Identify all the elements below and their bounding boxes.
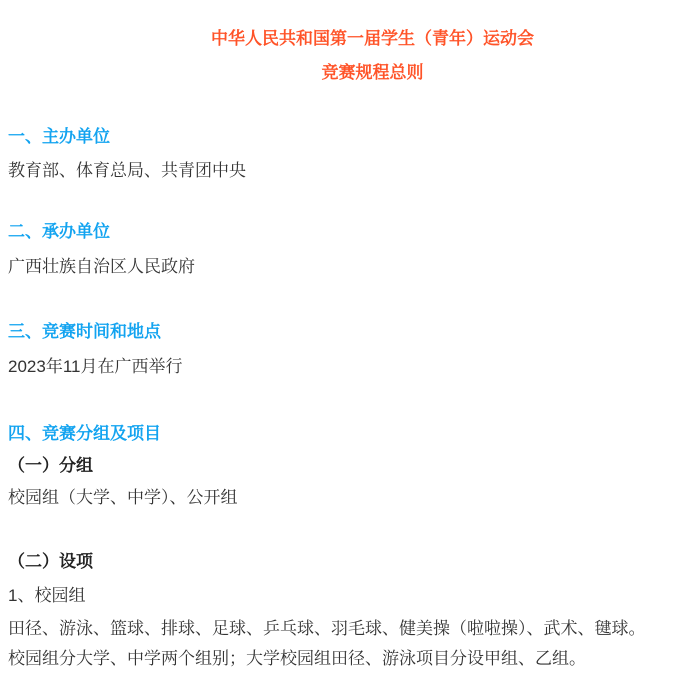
document-title-line1: 中华人民共和国第一届学生（青年）运动会 [8, 28, 674, 50]
section-1-heading: 一、主办单位 [8, 126, 674, 148]
section-4-sub2-events-line: 田径、游泳、篮球、排球、足球、乒乓球、羽毛球、健美操（啦啦操）、武术、毽球。 [8, 618, 674, 640]
document-page: 中华人民共和国第一届学生（青年）运动会 竞赛规程总则 一、主办单位 教育部、体育… [0, 28, 674, 670]
section-2-body: 广西壮族自治区人民政府 [8, 256, 674, 278]
section-3-body: 2023年11月在广西举行 [8, 356, 674, 378]
section-4-heading: 四、竞赛分组及项目 [8, 423, 674, 445]
section-4-subheading-2: （二）设项 [8, 551, 674, 573]
section-4-sub1-body: 校园组（大学、中学）、公开组 [8, 487, 674, 509]
document-title-line2: 竞赛规程总则 [8, 62, 674, 84]
section-3-heading: 三、竞赛时间和地点 [8, 321, 674, 343]
section-1-body: 教育部、体育总局、共青团中央 [8, 160, 674, 182]
section-4-sub2-item-label: 1、校园组 [8, 585, 674, 607]
section-2-heading: 二、承办单位 [8, 221, 674, 243]
section-4-sub2-groups-line: 校园组分大学、中学两个组别；大学校园组田径、游泳项目分设甲组、乙组。 [8, 648, 674, 670]
section-4-subheading-1: （一）分组 [8, 455, 674, 477]
